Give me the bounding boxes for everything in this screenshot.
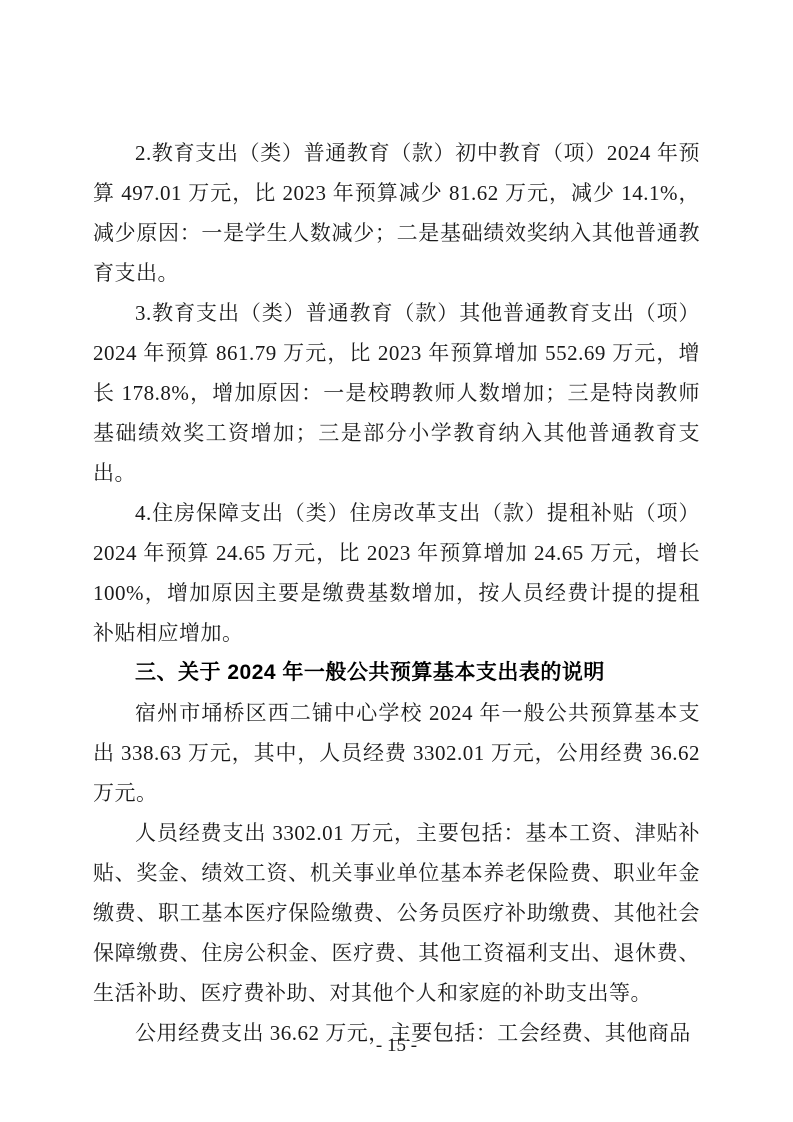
page-number: - 15 - xyxy=(0,1032,793,1060)
paragraph-personnel-expenditure: 人员经费支出 3302.01 万元，主要包括：基本工资、津贴补贴、奖金、绩效工资… xyxy=(93,813,700,1013)
paragraph-item-3-other-general-education: 3.教育支出（类）普通教育（款）其他普通教育支出（项）2024 年预算 861.… xyxy=(93,293,700,493)
paragraph-item-2-junior-middle-education: 2.教育支出（类）普通教育（款）初中教育（项）2024 年预算 497.01 万… xyxy=(93,133,700,293)
paragraph-item-4-housing-security: 4.住房保障支出（类）住房改革支出（款）提租补贴（项）2024 年预算 24.6… xyxy=(93,493,700,653)
document-page: 2.教育支出（类）普通教育（款）初中教育（项）2024 年预算 497.01 万… xyxy=(0,0,793,1122)
section-heading-basic-expenditure: 三、关于 2024 年一般公共预算基本支出表的说明 xyxy=(93,653,700,693)
paragraph-basic-expenditure-summary: 宿州市埇桥区西二铺中心学校 2024 年一般公共预算基本支出 338.63 万元… xyxy=(93,693,700,813)
